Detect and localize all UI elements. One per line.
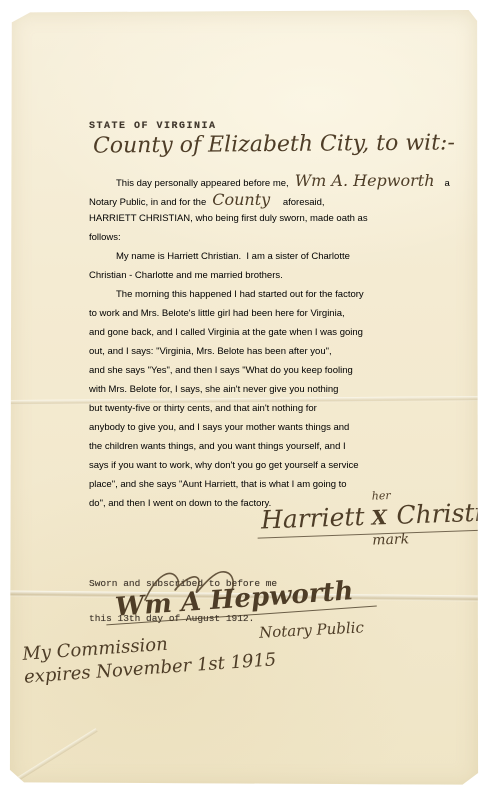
deponent-last-name: Christian	[396, 497, 490, 530]
typed-line: out, and I says: "Virginia, Mrs. Belote …	[89, 342, 467, 361]
typed-text: Notary Public, in and for the	[89, 197, 206, 208]
typed-line: The morning this happened I had started …	[89, 285, 467, 304]
typed-line: This day personally appeared before me,W…	[89, 171, 467, 190]
typed-text: HARRIETT CHRISTIAN, who being first duly…	[89, 213, 368, 224]
county-line-handwritten: County of Elizabeth City, to wit:-	[93, 130, 455, 158]
typed-line: Christian - Charlotte and me married bro…	[89, 266, 467, 285]
fold-crease-corner	[2, 728, 97, 790]
typed-text: with Mrs. Belote for, I says, she ain't …	[89, 384, 338, 395]
typed-line: says if you want to work, why don't you …	[89, 456, 467, 475]
typed-line: but twenty-five or thirty cents, and tha…	[89, 399, 467, 418]
typed-text: The morning this happened I had started …	[116, 289, 364, 300]
affidavit-document: STATE OF VIRGINIA County of Elizabeth Ci…	[9, 10, 479, 787]
her-mark: her X mark	[371, 501, 390, 531]
typed-text: Christian - Charlotte and me married bro…	[89, 270, 283, 281]
commission-note: My Commission expires November 1st 1915	[22, 625, 277, 689]
typed-text: and gone back, and I called Virginia at …	[89, 327, 363, 338]
her-mark-top-label: her	[372, 489, 391, 503]
typed-line: place", and she says "Aunt Harriett, tha…	[89, 475, 467, 494]
typed-line: with Mrs. Belote for, I says, she ain't …	[89, 380, 467, 399]
her-mark-x: X	[371, 505, 387, 530]
typed-text: do", and then I went on down to the fact…	[89, 498, 271, 509]
typed-line: Notary Public, in and for theCounty afor…	[89, 190, 467, 209]
her-mark-bottom-label: mark	[372, 531, 409, 548]
typed-text: This day personally appeared before me,	[116, 178, 289, 189]
typed-line: anybody to give you, and I says your mot…	[89, 418, 467, 437]
typed-text: place", and she says "Aunt Harriett, tha…	[89, 479, 347, 490]
state-heading: STATE OF VIRGINIA	[89, 121, 217, 132]
typed-text: follows:	[89, 232, 121, 243]
typed-line: HARRIETT CHRISTIAN, who being first duly…	[89, 209, 467, 228]
typed-text: the children wants things, and you want …	[89, 441, 346, 452]
typed-text: anybody to give you, and I says your mot…	[89, 422, 349, 433]
typed-line: follows:	[89, 228, 467, 247]
handwritten-inline-text: County	[212, 190, 270, 209]
typed-line: the children wants things, and you want …	[89, 437, 467, 456]
typed-text: aforesaid,	[280, 197, 324, 208]
typed-line: to work and Mrs. Belote's little girl ha…	[89, 304, 467, 323]
typed-line: and she says "Yes", and then I says "Wha…	[89, 361, 467, 380]
typed-text: to work and Mrs. Belote's little girl ha…	[89, 308, 345, 319]
typed-text: a	[445, 178, 450, 189]
typed-text: My name is Harriett Christian. I am a si…	[116, 251, 350, 262]
typed-line: and gone back, and I called Virginia at …	[89, 323, 467, 342]
affidavit-body-text: This day personally appeared before me,W…	[89, 171, 467, 513]
typed-text: and she says "Yes", and then I says "Wha…	[89, 365, 353, 376]
handwritten-inline-text: Wm A. Hepworth	[295, 171, 435, 190]
typed-text: out, and I says: "Virginia, Mrs. Belote …	[89, 346, 332, 357]
deponent-first-name: Harriett	[261, 502, 365, 535]
typed-text: but twenty-five or thirty cents, and tha…	[89, 403, 317, 414]
typed-text: says if you want to work, why don't you …	[89, 460, 359, 471]
typed-line: My name is Harriett Christian. I am a si…	[89, 247, 467, 266]
